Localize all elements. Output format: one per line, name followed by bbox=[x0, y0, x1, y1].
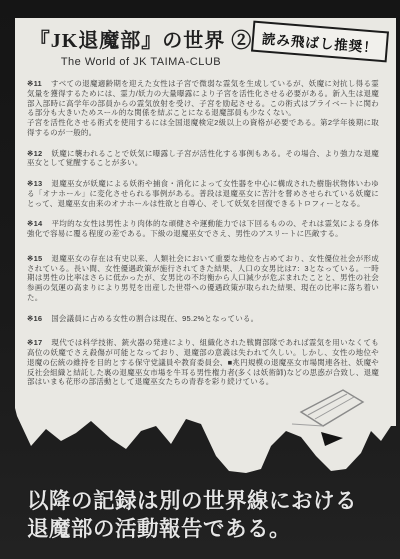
note-text: 退魔巫女の存在は有史以来、人類社会において重要な地位を占めており、女性優位社会が… bbox=[27, 254, 379, 302]
notes-list: ※11すべての退魔適齢期を迎えた女性は子宮で微弱な霊気を生成しているが、妖魔に対… bbox=[27, 79, 379, 398]
footer-caption: 以降の記録は別の世界線における 退魔部の活動報告である。 bbox=[27, 488, 357, 544]
note-item-11: ※11すべての退魔適齢期を迎えた女性は子宮で微弱な霊気を生成しているが、妖魔に対… bbox=[27, 79, 379, 138]
note-number: ※13 bbox=[27, 179, 42, 188]
page-header: 『JK退魔部』の世界 ② The World of JK TAIMA-CLUB bbox=[29, 24, 253, 68]
note-number: ※14 bbox=[27, 219, 42, 228]
note-number: ※16 bbox=[27, 314, 42, 323]
note-item-12: ※12妖魔に襲われることで妖気に曝露し子宮が活性化する事例もある。その場合、より… bbox=[27, 149, 379, 169]
page-title: 『JK退魔部』の世界 ② bbox=[29, 24, 253, 53]
note-text: ※11すべての退魔適齢期を迎えた女性は子宮で微弱な霊気を生成しているが、妖魔に対… bbox=[27, 79, 379, 118]
page-subtitle: The World of JK TAIMA-CLUB bbox=[29, 56, 253, 68]
note-text: 退魔巫女が妖魔による妖術や捕食・消化によって女性器を中心に構成された樹脂状物体い… bbox=[27, 179, 379, 208]
paper-crease-icon bbox=[287, 380, 379, 452]
note-number: ※15 bbox=[27, 254, 42, 263]
note-item-15: ※15退魔巫女の存在は有史以来、人類社会において重要な地位を占めており、女性優位… bbox=[27, 254, 379, 303]
note-item-16: ※16国会議員に占める女性の割合は現在、95.2%となっている。 bbox=[27, 314, 379, 324]
note-number: ※11 bbox=[27, 79, 42, 88]
footer-line-2: 退魔部の活動報告である。 bbox=[27, 516, 357, 544]
note-item-14: ※14平均的な女性は男性より肉体的な頑健さや運動能力では下回るものの、それは霊気… bbox=[27, 219, 379, 239]
skip-recommended-banner: 読み飛ばし推奨！ bbox=[251, 21, 389, 63]
note-text: 妖魔に襲われることで妖気に曝露し子宮が活性化する事例もある。その場合、より強力な… bbox=[27, 149, 379, 168]
note-number: ※17 bbox=[27, 338, 42, 347]
note-text-continued: 子宮を活性化させる術式を使用するには全国退魔検定2級以上の資格が必要である。第2… bbox=[27, 118, 379, 138]
torn-paper-page: 『JK退魔部』の世界 ② The World of JK TAIMA-CLUB … bbox=[15, 18, 396, 474]
note-item-13: ※13退魔巫女が妖魔による妖術や捕食・消化によって女性器を中心に構成された樹脂状… bbox=[27, 179, 379, 208]
footer-line-1: 以降の記録は別の世界線における bbox=[27, 488, 357, 516]
note-text: 平均的な女性は男性より肉体的な頑健さや運動能力では下回るものの、それは霊気による… bbox=[27, 219, 379, 238]
note-number: ※12 bbox=[27, 149, 42, 158]
note-text: 国会議員に占める女性の割合は現在、95.2%となっている。 bbox=[51, 314, 258, 323]
